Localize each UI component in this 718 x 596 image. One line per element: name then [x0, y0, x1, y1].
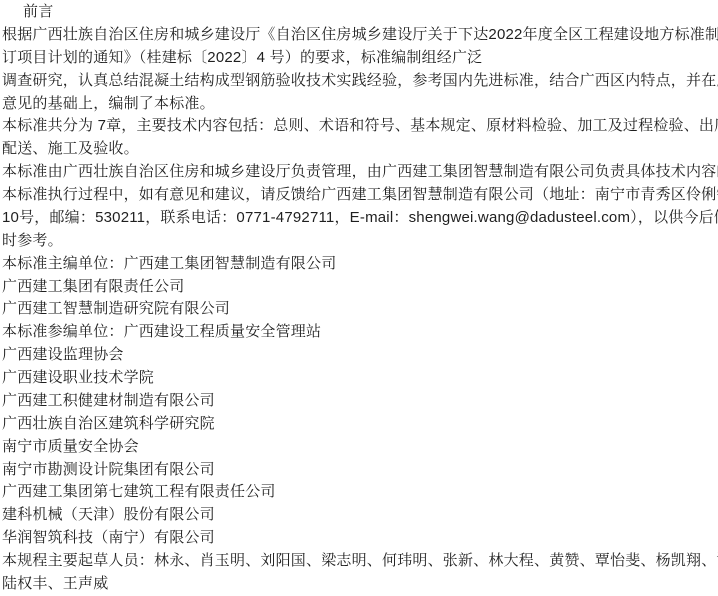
text-line: 广西建工积健建材制造有限公司 [2, 390, 718, 413]
text-line: 南宁市质量安全协会 [2, 436, 718, 459]
text-line: 10号，邮编：530211，联系电话：0771-4792711，E-mail：s… [2, 207, 718, 230]
text-line: 广西建工集团有限责任公司 [2, 276, 718, 299]
text-line: 意见的基础上，编制了本标准。 [2, 93, 718, 116]
text-line: 广西建设职业技术学院 [2, 367, 718, 390]
text-line: 广西壮族自治区建筑科学研究院 [2, 413, 718, 436]
preface-document: 前言 根据广西壮族自治区住房和城乡建设厅《自治区住房城乡建设厅关于下达2022年… [0, 0, 718, 596]
text-line: 根据广西壮族自治区住房和城乡建设厅《自治区住房城乡建设厅关于下达2022年度全区… [2, 24, 718, 47]
text-line: 广西建工集团第七建筑工程有限责任公司 [2, 481, 718, 504]
text-line: 南宁市勘测设计院集团有限公司 [2, 459, 718, 482]
text-line: 广西建设监理协会 [2, 344, 718, 367]
text-line: 本规程主要起草人员：林永、肖玉明、刘阳国、梁志明、何玮明、张新、林大程、黄赞、覃… [2, 550, 718, 573]
document-page: 前言 根据广西壮族自治区住房和城乡建设厅《自治区住房城乡建设厅关于下达2022年… [0, 0, 718, 596]
text-line: 建科机械（天津）股份有限公司 [2, 504, 718, 527]
text-line: 调查研究，认真总结混凝土结构成型钢筋验收技术实践经验，参考国内先进标准，结合广西… [2, 70, 718, 93]
text-line: 本标准共分为 7章，主要技术内容包括：总则、术语和符号、基本规定、原材料检验、加… [2, 115, 718, 138]
text-line: 时参考。 [2, 230, 718, 253]
text-line: 本标准执行过程中，如有意见和建议，请反馈给广西建工集团智慧制造有限公司（地址：南… [2, 184, 718, 207]
text-line: 配送、施工及验收。 [2, 138, 718, 161]
text-line: 陆权丰、王声威 [2, 573, 718, 596]
text-line: 广西建工智慧制造研究院有限公司 [2, 298, 718, 321]
document-title: 前言 [2, 1, 718, 24]
text-line: 本标准主编单位：广西建工集团智慧制造有限公司 [2, 253, 718, 276]
text-line: 订项目计划的通知》（桂建标〔2022〕4 号）的要求，标准编制组经广泛 [2, 47, 718, 70]
text-line: 华润智筑科技（南宁）有限公司 [2, 527, 718, 550]
text-line: 本标准参编单位：广西建设工程质量安全管理站 [2, 321, 718, 344]
text-line: 本标准由广西壮族自治区住房和城乡建设厅负责管理，由广西建工集团智慧制造有限公司负… [2, 161, 718, 184]
